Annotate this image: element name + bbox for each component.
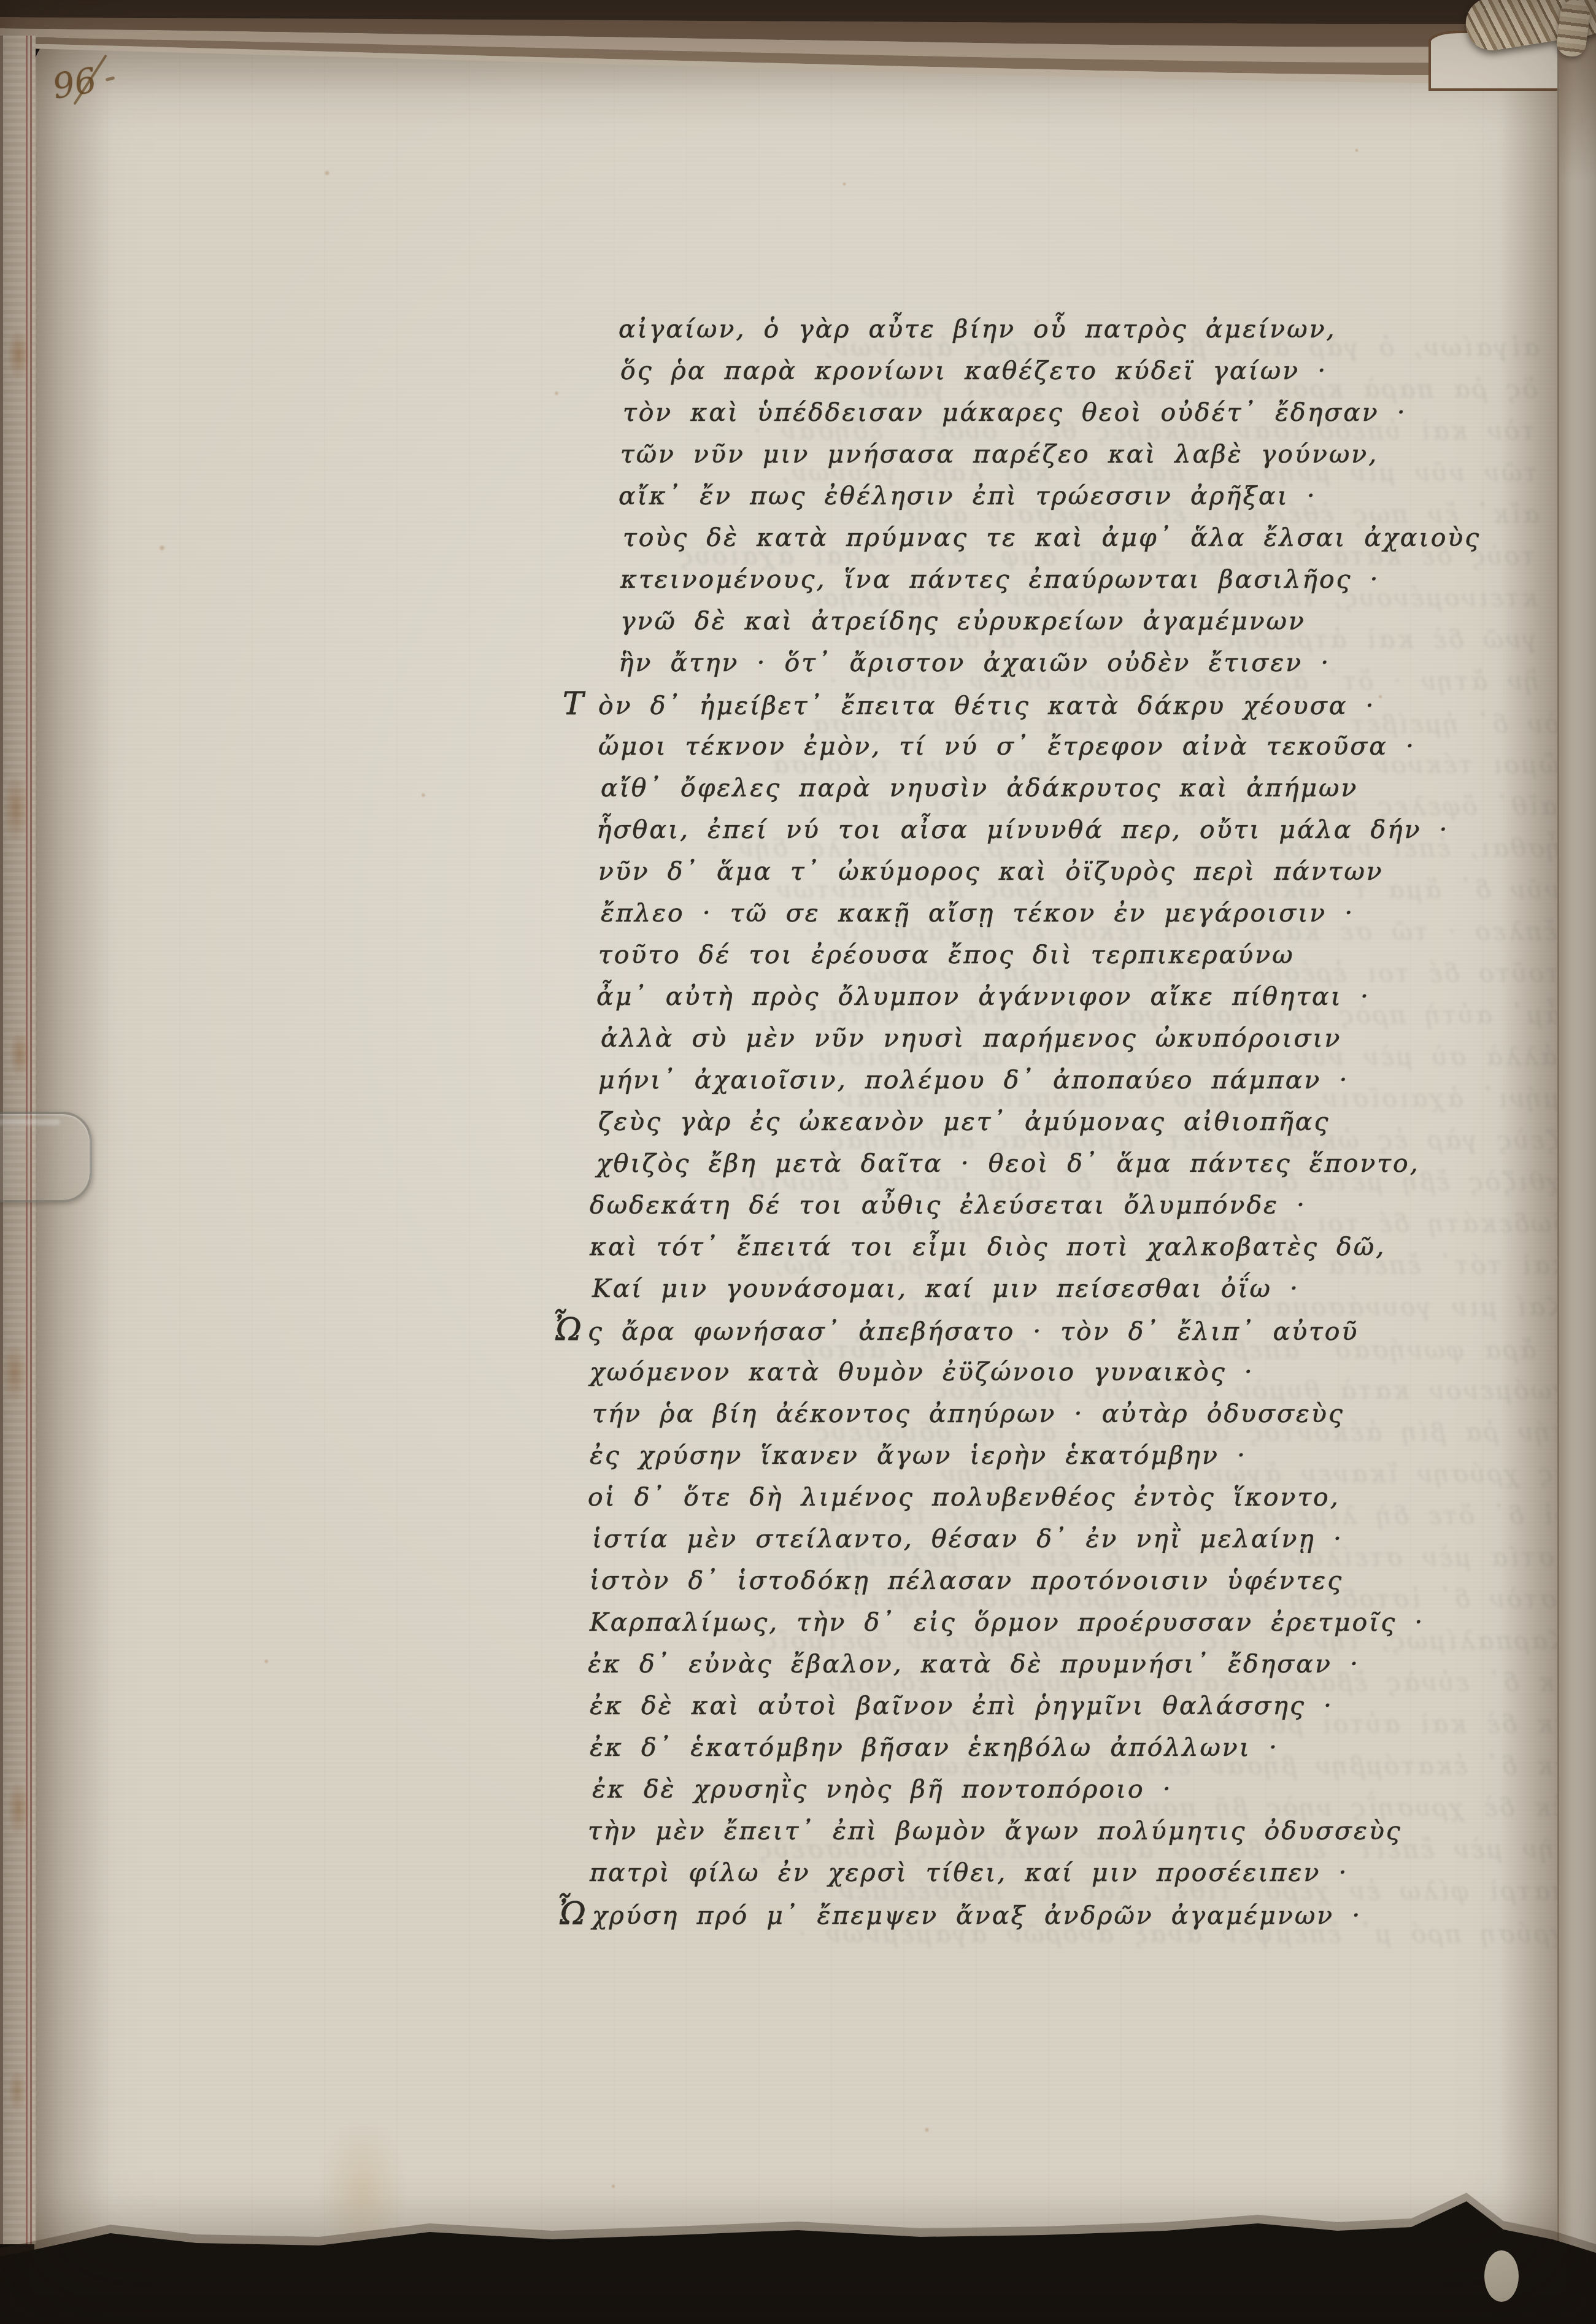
text-line-content: τῶν νῦν μιν μνήσασα παρέζεο καὶ λαβὲ γού… <box>620 439 1378 469</box>
text-line: ἐς χρύσην ἵκανεν ἄγων ἱερὴν ἑκατόμβην · <box>590 1434 1522 1476</box>
text-line-content: αἴθ᾽ ὄφελες παρὰ νηυσὶν ἀδάκρυτος καὶ ἀπ… <box>601 773 1358 802</box>
text-line: ἐκ δ᾽ ἑκατόμβην βῆσαν ἑκηβόλω ἀπόλλωνι · <box>590 1726 1522 1768</box>
text-line-content: ἆμ᾽ αὐτὴ πρὸς ὄλυμπον ἀγάννιφον αἴκε πίθ… <box>596 982 1370 1011</box>
text-line: ἐκ δὲ καὶ αὐτοὶ βαῖνον ἐπὶ ῥηγμῖνι θαλάσ… <box>590 1685 1522 1726</box>
text-line: πατρὶ φίλω ἐν χερσὶ τίθει, καί μιν προσέ… <box>590 1852 1522 1893</box>
foxing-spot <box>923 2126 931 2134</box>
text-line: δωδεκάτη δέ τοι αὖθις ἐλεύσεται ὄλυμπόνδ… <box>590 1184 1522 1226</box>
text-line-content: ἐς χρύσην ἵκανεν ἄγων ἱερὴν ἑκατόμβην · <box>590 1441 1247 1470</box>
text-line: Ὦχρύση πρό μ᾽ ἔπεμψεν ἄναξ ἀνδρῶν ἀγαμέμ… <box>592 1893 1525 1935</box>
text-line: ὅς ῥα παρὰ κρονίωνι καθέζετο κύδεϊ γαίων… <box>620 350 1522 391</box>
text-line: νῦν δ᾽ ἅμα τ᾽ ὠκύμορος καὶ ὀϊζυρὸς περὶ … <box>598 850 1522 892</box>
text-line-content: ἱστὸν δ᾽ ἱστοδόκῃ πέλασαν προτόνοισιν ὑφ… <box>590 1566 1343 1595</box>
drop-initial: Ὦ <box>552 1309 588 1351</box>
text-line: κτεινομένους, ἵνα πάντες ἐπαύρωνται βασι… <box>620 558 1522 600</box>
book-photo: 96 αἰγαίων, ὁ γὰρ αὖτε βίην οὗ πατρὸς ἀμ… <box>0 0 1596 2324</box>
text-line: Τὸν δ᾽ ἠμείβετ᾽ ἔπειτα θέτις κατὰ δάκρυ … <box>598 683 1522 725</box>
foxing-spot <box>841 181 847 187</box>
text-line: Καρπαλίμως, τὴν δ᾽ εἰς ὅρμον προέρυσσαν … <box>590 1601 1522 1643</box>
text-line: ἔπλεο · τῶ σε κακῇ αἴσῃ τέκον ἐν μεγάροι… <box>601 892 1525 934</box>
book-page: 96 αἰγαίων, ὁ γὰρ αὖτε βίην οὗ πατρὸς ἀμ… <box>34 37 1557 2275</box>
text-line: ἣν ἄτην · ὅτ᾽ ἄριστον ἀχαιῶν οὐδὲν ἔτισε… <box>619 642 1521 683</box>
text-line: ἀλλὰ σὺ μὲν νῦν νηυσὶ παρήμενος ὠκυπόροι… <box>601 1017 1525 1059</box>
text-line-content: κτεινομένους, ἵνα πάντες ἐπαύρωνται βασι… <box>620 564 1380 594</box>
top-binding-edges <box>0 0 1596 104</box>
text-line: αἴθ᾽ ὄφελες παρὰ νηυσὶν ἀδάκρυτος καὶ ἀπ… <box>601 767 1525 809</box>
text-line: ζεὺς γὰρ ἐς ὠκεανὸν μετ᾽ ἀμύμονας αἰθιοπ… <box>598 1101 1522 1142</box>
text-line-content: αἴκ᾽ ἔν πως ἐθέλησιν ἐπὶ τρώεσσιν ἀρῆξαι… <box>619 481 1317 510</box>
text-line: Καί μιν γουνάσομαι, καί μιν πείσεσθαι ὀΐ… <box>592 1268 1525 1309</box>
text-line-content: αἰγαίων, ὁ γὰρ αὖτε βίην οὗ πατρὸς ἀμείν… <box>619 314 1336 344</box>
text-line: αἴκ᾽ ἔν πως ἐθέλησιν ἐπὶ τρώεσσιν ἀρῆξαι… <box>619 475 1521 517</box>
text-line-content: ἀλλὰ σὺ μὲν νῦν νηυσὶ παρήμενος ὠκυπόροι… <box>601 1023 1342 1053</box>
text-line: Ὦς ἄρα φωνήσασ᾽ ἀπεβήσατο · τὸν δ᾽ ἔλιπ᾽… <box>588 1309 1521 1351</box>
text-line: ἐκ δ᾽ εὐνὰς ἔβαλον, κατὰ δὲ πρυμνήσι᾽ ἔδ… <box>588 1643 1521 1685</box>
text-line: τῶν νῦν μιν μνήσασα παρέζεο καὶ λαβὲ γού… <box>620 433 1522 475</box>
text-line-content: γνῶ δὲ καὶ ἀτρείδης εὐρυκρείων ἀγαμέμνων <box>620 606 1306 636</box>
text-line-content: ἐκ δ᾽ ἑκατόμβην βῆσαν ἑκηβόλω ἀπόλλωνι · <box>590 1733 1279 1762</box>
text-line: ἐκ δὲ χρυσηῒς νηὸς βῆ ποντοπόροιο · <box>592 1768 1525 1810</box>
text-line-content: δωδεκάτη δέ τοι αὖθις ἐλεύσεται ὄλυμπόνδ… <box>590 1190 1306 1220</box>
text-line-content: πατρὶ φίλω ἐν χερσὶ τίθει, καί μιν προσέ… <box>590 1858 1348 1887</box>
text-line: ἱστὸν δ᾽ ἱστοδόκῃ πέλασαν προτόνοισιν ὑφ… <box>590 1560 1522 1601</box>
text-line-content: ἣν ἄτην · ὅτ᾽ ἄριστον ἀχαιῶν οὐδὲν ἔτισε… <box>619 648 1330 677</box>
text-line: χθιζὸς ἔβη μετὰ δαῖτα · θεοὶ δ᾽ ἅμα πάντ… <box>596 1142 1521 1184</box>
text-line-content: ὸν δ᾽ ἠμείβετ᾽ ἔπειτα θέτις κατὰ δάκρυ χ… <box>598 691 1375 720</box>
text-line-content: ὅς ῥα παρὰ κρονίωνι καθέζετο κύδεϊ γαίων… <box>620 356 1327 385</box>
text-line-content: καὶ τότ᾽ ἔπειτά τοι εἶμι διὸς ποτὶ χαλκο… <box>590 1232 1386 1261</box>
text-line-content: τοῦτο δέ τοι ἐρέουσα ἔπος διὶ τερπικεραύ… <box>598 940 1295 969</box>
text-line-content: ς ἄρα φωνήσασ᾽ ἀπεβήσατο · τὸν δ᾽ ἔλιπ᾽ … <box>588 1317 1359 1346</box>
text-line-content: χωόμενον κατὰ θυμὸν ἐϋζώνοιο γυναικὸς · <box>590 1357 1254 1387</box>
text-line-content: οἱ δ᾽ ὅτε δὴ λιμένος πολυβενθέος ἐντὸς ἵ… <box>588 1482 1340 1512</box>
page-holder-clip <box>0 1112 92 1202</box>
text-line-content: μήνι᾽ ἀχαιοῖσιν, πολέμου δ᾽ ἀποπαύεο πάμ… <box>598 1065 1349 1095</box>
text-line-content: χρύση πρό μ᾽ ἔπεμψεν ἄναξ ἀνδρῶν ἀγαμέμν… <box>592 1901 1362 1930</box>
text-line-content: ἐκ δὲ καὶ αὐτοὶ βαῖνον ἐπὶ ῥηγμῖνι θαλάσ… <box>590 1691 1333 1720</box>
text-line: τὴν μὲν ἔπειτ᾽ ἐπὶ βωμὸν ἄγων πολύμητις … <box>588 1810 1521 1852</box>
text-line: γνῶ δὲ καὶ ἀτρείδης εὐρυκρείων ἀγαμέμνων <box>620 600 1522 642</box>
text-line: τὸν καὶ ὑπέδδεισαν μάκαρες θεοὶ οὐδέτ᾽ ἔ… <box>623 391 1525 433</box>
text-line-content: τοὺς δὲ κατὰ πρύμνας τε καὶ ἀμφ᾽ ἅλα ἔλσ… <box>623 523 1481 552</box>
text-line: αἰγαίων, ὁ γὰρ αὖτε βίην οὗ πατρὸς ἀμείν… <box>619 308 1521 350</box>
foxing-spot <box>1354 147 1360 153</box>
bottom-shadow <box>0 2184 1596 2324</box>
text-line: οἱ δ᾽ ὅτε δὴ λιμένος πολυβενθέος ἐντὸς ἵ… <box>588 1476 1521 1518</box>
text-line: ὤμοι τέκνον ἐμὸν, τί νύ σ᾽ ἔτρεφον αἰνὰ … <box>598 725 1522 767</box>
text-line-content: Καί μιν γουνάσομαι, καί μιν πείσεσθαι ὀΐ… <box>592 1274 1300 1303</box>
drop-initial: Τ <box>563 683 598 725</box>
text-line-content: ἧσθαι, ἐπεί νύ τοι αἶσα μίνυνθά περ, οὔτ… <box>596 815 1449 844</box>
text-line: τοὺς δὲ κατὰ πρύμνας τε καὶ ἀμφ᾽ ἅλα ἔλσ… <box>623 517 1525 558</box>
text-line-content: ἔπλεο · τῶ σε κακῇ αἴσῃ τέκον ἐν μεγάροι… <box>601 898 1354 928</box>
text-line-content: τήν ῥα βίη ἀέκοντος ἀπηύρων · αὐτὰρ ὀδυσ… <box>592 1399 1344 1428</box>
foxing-spot <box>263 1658 270 1665</box>
text-line: ἆμ᾽ αὐτὴ πρὸς ὄλυμπον ἀγάννιφον αἴκε πίθ… <box>596 975 1521 1017</box>
text-line: ἧσθαι, ἐπεί νύ τοι αἶσα μίνυνθά περ, οὔτ… <box>596 809 1521 850</box>
text-line-content: ὤμοι τέκνον ἐμὸν, τί νύ σ᾽ ἔτρεφον αἰνὰ … <box>598 731 1416 761</box>
drop-initial: Ὦ <box>557 1893 592 1935</box>
text-line-content: ζεὺς γὰρ ἐς ὠκεανὸν μετ᾽ ἀμύμονας αἰθιοπ… <box>598 1107 1330 1136</box>
foxing-spot <box>157 543 167 553</box>
text-line: τοῦτο δέ τοι ἐρέουσα ἔπος διὶ τερπικεραύ… <box>598 934 1522 975</box>
text-line: καὶ τότ᾽ ἔπειτά τοι εἶμι διὸς ποτὶ χαλκο… <box>590 1226 1522 1268</box>
text-line-content: χθιζὸς ἔβη μετὰ δαῖτα · θεοὶ δ᾽ ἅμα πάντ… <box>596 1149 1420 1178</box>
foxing-spot <box>553 390 560 397</box>
text-line-content: ἐκ δ᾽ εὐνὰς ἔβαλον, κατὰ δὲ πρυμνήσι᾽ ἔδ… <box>588 1649 1360 1679</box>
greek-text-block: αἰγαίων, ὁ γὰρ αὖτε βίην οὗ πατρὸς ἀμείν… <box>590 308 1522 1935</box>
text-line-content: ἱστία μὲν στείλαντο, θέσαν δ᾽ ἐν νηῒ μελ… <box>592 1524 1343 1553</box>
foxing-spot <box>420 791 427 799</box>
text-line-content: τὴν μὲν ἔπειτ᾽ ἐπὶ βωμὸν ἄγων πολύμητις … <box>588 1816 1402 1845</box>
text-line: ἱστία μὲν στείλαντο, θέσαν δ᾽ ἐν νηῒ μελ… <box>592 1518 1525 1560</box>
text-line-content: ἐκ δὲ χρυσηῒς νηὸς βῆ ποντοπόροιο · <box>592 1774 1173 1804</box>
text-line: μήνι᾽ ἀχαιοῖσιν, πολέμου δ᾽ ἀποπαύεο πάμ… <box>598 1059 1522 1101</box>
foxing-spot <box>323 169 331 177</box>
text-line: χωόμενον κατὰ θυμὸν ἐϋζώνοιο γυναικὸς · <box>590 1351 1522 1393</box>
text-line: τήν ῥα βίη ἀέκοντος ἀπηύρων · αὐτὰρ ὀδυσ… <box>592 1393 1525 1434</box>
adjacent-page-edge <box>1557 28 1596 2274</box>
text-line-content: Καρπαλίμως, τὴν δ᾽ εἰς ὅρμον προέρυσσαν … <box>590 1607 1424 1637</box>
text-line-content: τὸν καὶ ὑπέδδεισαν μάκαρες θεοὶ οὐδέτ᾽ ἔ… <box>623 398 1407 427</box>
text-line-content: νῦν δ᾽ ἅμα τ᾽ ὠκύμορος καὶ ὀϊζυρὸς περὶ … <box>598 856 1384 886</box>
